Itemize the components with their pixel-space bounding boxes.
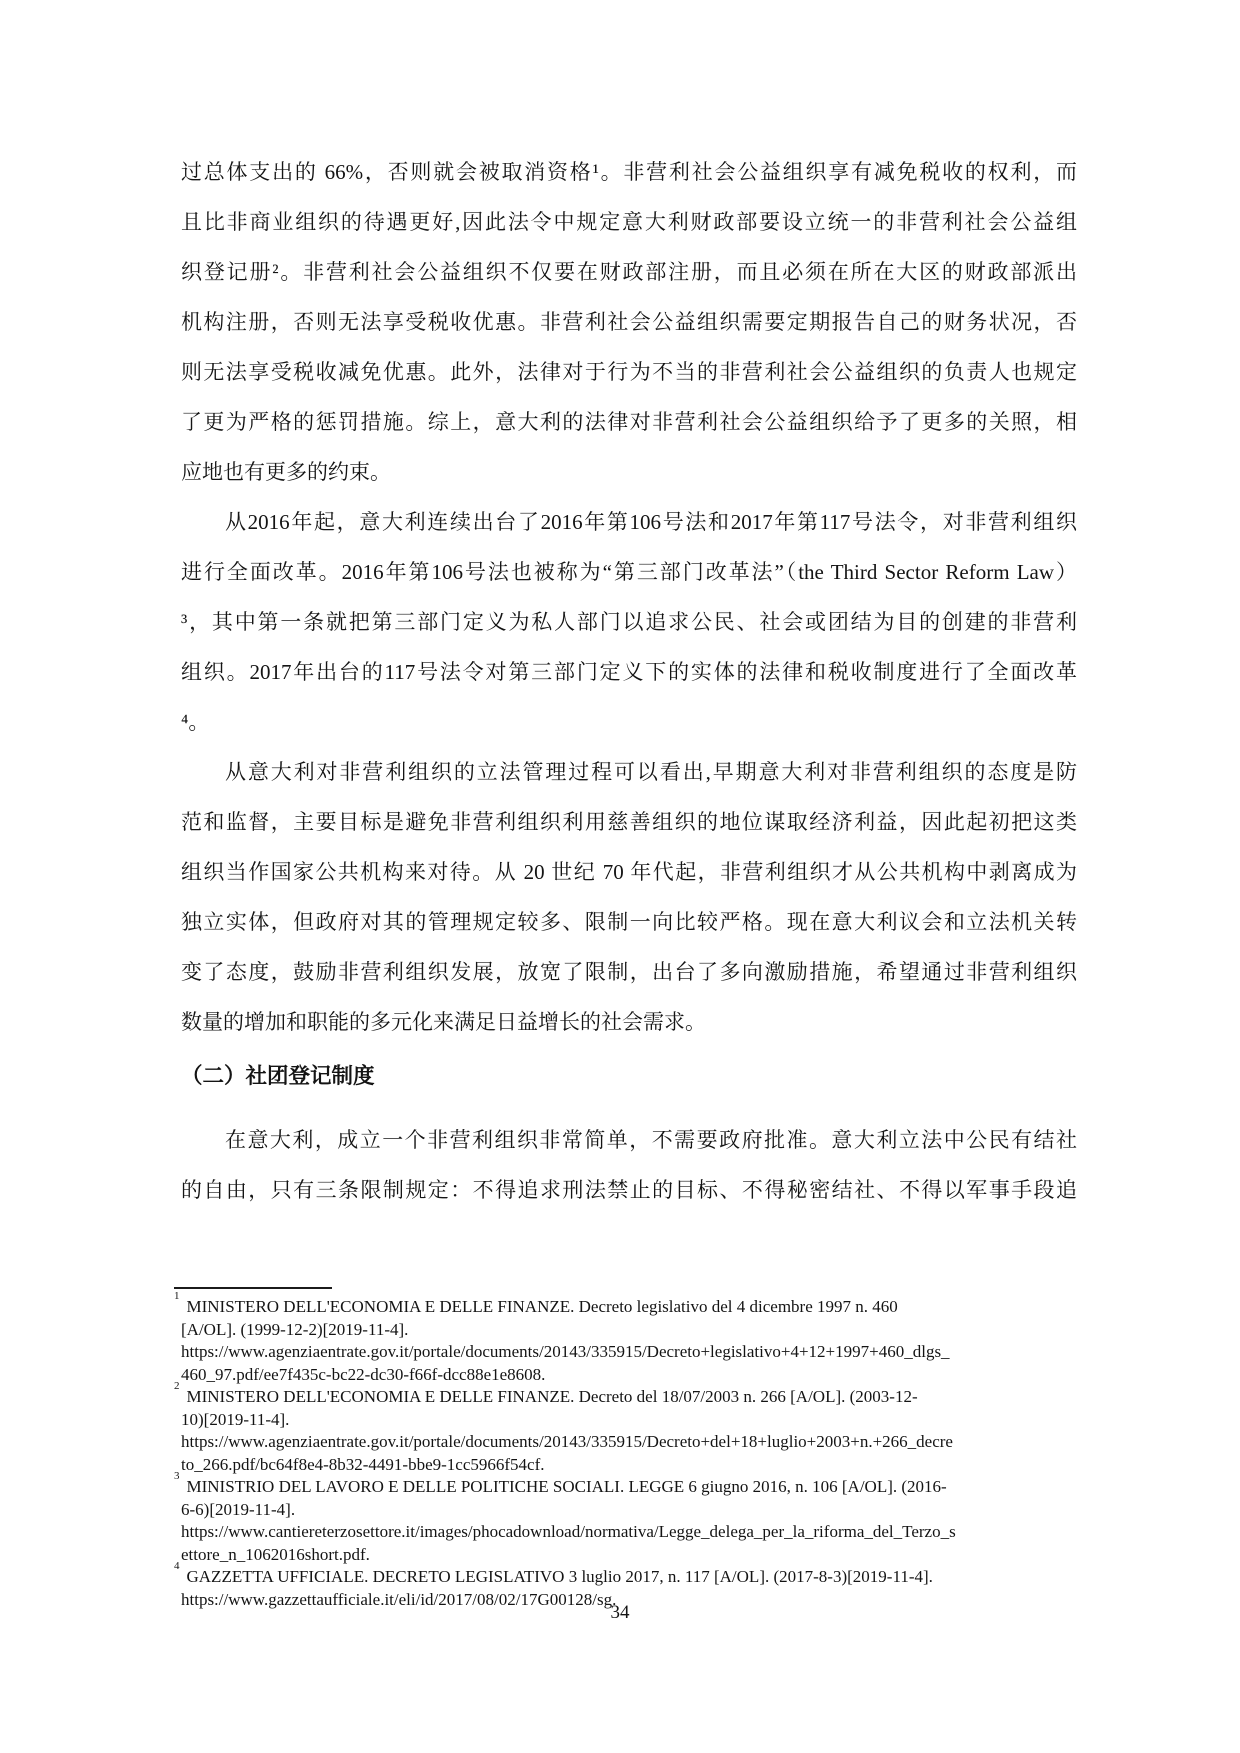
body-line: 则无法享受税收减免优惠。此外，法律对于行为不当的非营利社会公益组织的负责人也规定 (181, 347, 1077, 397)
body-line: 组织当作国家公共机构来对待。从 20 世纪 70 年代起，非营利组织才从公共机构… (181, 847, 1077, 897)
footnote-line: https://www.agenziaentrate.gov.it/portal… (174, 1431, 1106, 1454)
body-line: 从2016年起，意大利连续出台了2016年第106号法和2017年第117号法令… (181, 497, 1077, 547)
body-line: 的自由，只有三条限制规定：不得追求刑法禁止的目标、不得秘密结社、不得以军事手段追 (181, 1165, 1077, 1215)
footnotes-list: 1MINISTERO DELL'ECONOMIA E DELLE FINANZE… (174, 1296, 1106, 1611)
body-line: 过总体支出的 66%，否则就会被取消资格¹。非营利社会公益组织享有减免税收的权利… (181, 147, 1077, 197)
footnote-first-line: 1MINISTERO DELL'ECONOMIA E DELLE FINANZE… (174, 1296, 1106, 1319)
body-line: 数量的增加和职能的多元化来满足日益增长的社会需求。 (181, 997, 1077, 1047)
body-line: 应地也有更多的约束。 (181, 447, 1077, 497)
footnote-text: MINISTRIO DEL LAVORO E DELLE POLITICHE S… (187, 1477, 947, 1496)
body-line: 了更为严格的惩罚措施。综上，意大利的法律对非营利社会公益组织给予了更多的关照，相 (181, 397, 1077, 447)
footnote-line: https://www.cantiereterzosettore.it/imag… (174, 1521, 1106, 1544)
footnote-text: MINISTERO DELL'ECONOMIA E DELLE FINANZE.… (187, 1387, 918, 1406)
section-heading: （二）社团登记制度 (181, 1051, 1077, 1101)
body-line: 组织。2017年出台的117号法令对第三部门定义下的实体的法律和税收制度进行了全… (181, 647, 1077, 697)
footnote-line: to_266.pdf/bc64f8e4-8b32-4491-bbe9-1cc59… (174, 1454, 1106, 1477)
document-body: 过总体支出的 66%，否则就会被取消资格¹。非营利社会公益组织享有减免税收的权利… (181, 147, 1077, 1215)
footnote-marker: 3 (174, 1470, 180, 1482)
paragraph: 过总体支出的 66%，否则就会被取消资格¹。非营利社会公益组织享有减免税收的权利… (181, 147, 1077, 497)
footnote-line: 460_97.pdf/ee7f435c-bc22-dc30-f66f-dcc88… (174, 1364, 1106, 1387)
footnotes-section: 1MINISTERO DELL'ECONOMIA E DELLE FINANZE… (174, 1287, 1106, 1611)
footnote-text: MINISTERO DELL'ECONOMIA E DELLE FINANZE.… (187, 1297, 898, 1316)
footnote-line: https://www.agenziaentrate.gov.it/portal… (174, 1341, 1106, 1364)
body-line: ³，其中第一条就把第三部门定义为私人部门以追求公民、社会或团结为目的创建的非营利 (181, 597, 1077, 647)
footnote-separator (174, 1287, 332, 1289)
body-line: 独立实体，但政府对其的管理规定较多、限制一向比较严格。现在意大利议会和立法机关转 (181, 897, 1077, 947)
paragraph: 从2016年起，意大利连续出台了2016年第106号法和2017年第117号法令… (181, 497, 1077, 747)
footnote-line: ettore_n_1062016short.pdf. (174, 1544, 1106, 1567)
footnote-marker: 4 (174, 1560, 180, 1572)
footnote-text: GAZZETTA UFFICIALE. DECRETO LEGISLATIVO … (187, 1567, 933, 1586)
footnote: 1MINISTERO DELL'ECONOMIA E DELLE FINANZE… (174, 1296, 1106, 1386)
footnote-marker: 2 (174, 1380, 180, 1392)
paragraph: 在意大利，成立一个非营利组织非常简单，不需要政府批准。意大利立法中公民有结社的自… (181, 1115, 1077, 1215)
body-line: 变了态度，鼓励非营利组织发展，放宽了限制，出台了多向激励措施，希望通过非营利组织 (181, 947, 1077, 997)
footnote-line: [A/OL]. (1999-12-2)[2019-11-4]. (174, 1319, 1106, 1342)
footnote-line: 10)[2019-11-4]. (174, 1409, 1106, 1432)
body-line: 进行全面改革。2016年第106号法也被称为“第三部门改革法”（the Thir… (181, 547, 1077, 597)
body-line: ⁴。 (181, 697, 1077, 747)
body-line: 在意大利，成立一个非营利组织非常简单，不需要政府批准。意大利立法中公民有结社 (181, 1115, 1077, 1165)
footnote-marker: 1 (174, 1290, 180, 1302)
footnote-first-line: 3MINISTRIO DEL LAVORO E DELLE POLITICHE … (174, 1476, 1106, 1499)
body-line: 织登记册²。非营利社会公益组织不仅要在财政部注册，而且必须在所在大区的财政部派出 (181, 247, 1077, 297)
footnote-first-line: 2MINISTERO DELL'ECONOMIA E DELLE FINANZE… (174, 1386, 1106, 1409)
footnote: 3MINISTRIO DEL LAVORO E DELLE POLITICHE … (174, 1476, 1106, 1566)
body-line: 从意大利对非营利组织的立法管理过程可以看出,早期意大利对非营利组织的态度是防 (181, 747, 1077, 797)
footnote-first-line: 4GAZZETTA UFFICIALE. DECRETO LEGISLATIVO… (174, 1566, 1106, 1589)
footnote: 2MINISTERO DELL'ECONOMIA E DELLE FINANZE… (174, 1386, 1106, 1476)
paragraph: 从意大利对非营利组织的立法管理过程可以看出,早期意大利对非营利组织的态度是防范和… (181, 747, 1077, 1047)
footnote-line: 6-6)[2019-11-4]. (174, 1499, 1106, 1522)
body-line: 范和监督，主要目标是避免非营利组织利用慈善组织的地位谋取经济利益，因此起初把这类 (181, 797, 1077, 847)
body-line: 且比非商业组织的待遇更好,因此法令中规定意大利财政部要设立统一的非营利社会公益组 (181, 197, 1077, 247)
page-number: 34 (0, 1602, 1240, 1624)
document-page: 过总体支出的 66%，否则就会被取消资格¹。非营利社会公益组织享有减免税收的权利… (0, 0, 1240, 1753)
body-line: 机构注册，否则无法享受税收优惠。非营利社会公益组织需要定期报告自己的财务状况，否 (181, 297, 1077, 347)
